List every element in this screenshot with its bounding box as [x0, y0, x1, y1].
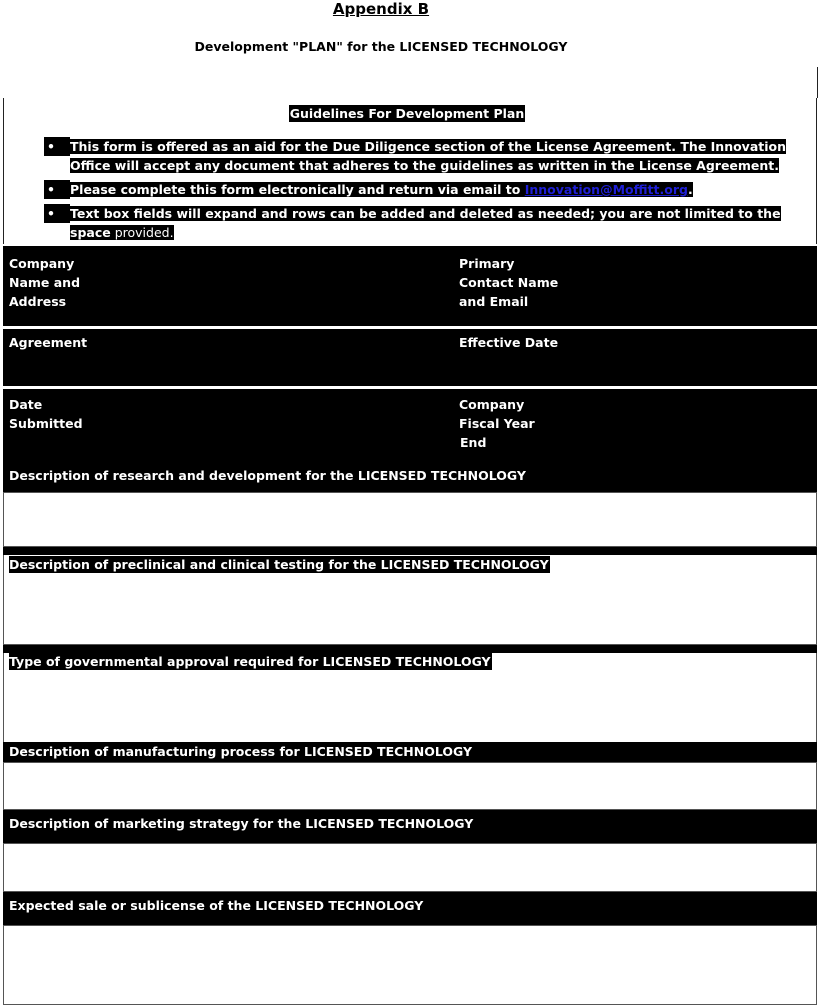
marketing-header: Description of marketing strategy for th…: [3, 810, 817, 843]
guideline-item: • Text box fields will expand and rows c…: [44, 204, 798, 242]
section-label-marketing: Description of marketing strategy for th…: [9, 814, 473, 833]
border-line: [817, 67, 818, 98]
bullet-icon: •: [44, 204, 70, 223]
section-label-sale: Expected sale or sublicense of the LICEN…: [9, 896, 423, 915]
company-contact-row[interactable]: CompanyName andAddress PrimaryContact Na…: [3, 246, 817, 326]
primary-contact-label: PrimaryContact Nameand Email: [459, 254, 558, 311]
guidelines-heading: Guidelines For Development Plan: [0, 103, 814, 122]
section-label-manufacturing: Description of manufacturing process for…: [9, 742, 472, 761]
manufacturing-textbox[interactable]: [3, 762, 817, 810]
sale-header: Expected sale or sublicense of the LICEN…: [3, 892, 817, 925]
agreement-row[interactable]: Agreement Effective Date: [3, 329, 817, 386]
date-submitted-label: DateSubmitted: [9, 395, 83, 433]
section-label-preclinical: Description of preclinical and clinical …: [9, 556, 550, 573]
email-link[interactable]: Innovation@Moffitt.org: [525, 182, 688, 197]
section-label-research: Description of research and development …: [9, 466, 526, 485]
sale-textbox[interactable]: [3, 925, 817, 1005]
appendix-title: Appendix B: [0, 0, 762, 18]
date-fiscal-row[interactable]: DateSubmitted CompanyFiscal YearEnd Desc…: [3, 389, 817, 492]
research-textbox[interactable]: [3, 492, 817, 547]
section-label-governmental: Type of governmental approval required f…: [9, 653, 492, 670]
section-divider: [3, 547, 817, 555]
document-subtitle: Development "PLAN" for the LICENSED TECH…: [0, 39, 762, 55]
guideline-item: • This form is offered as an aid for the…: [44, 137, 798, 175]
manufacturing-header: Description of manufacturing process for…: [3, 742, 817, 762]
fiscal-year-label: CompanyFiscal YearEnd: [459, 395, 535, 452]
section-divider: [3, 645, 817, 653]
company-name-label: CompanyName andAddress: [9, 254, 80, 311]
bullet-icon: •: [44, 137, 70, 156]
marketing-textbox[interactable]: [3, 843, 817, 892]
bullet-icon: •: [44, 180, 70, 199]
guideline-item: • Please complete this form electronical…: [44, 180, 798, 199]
effective-date-label: Effective Date: [459, 333, 558, 352]
agreement-label: Agreement: [9, 333, 87, 352]
